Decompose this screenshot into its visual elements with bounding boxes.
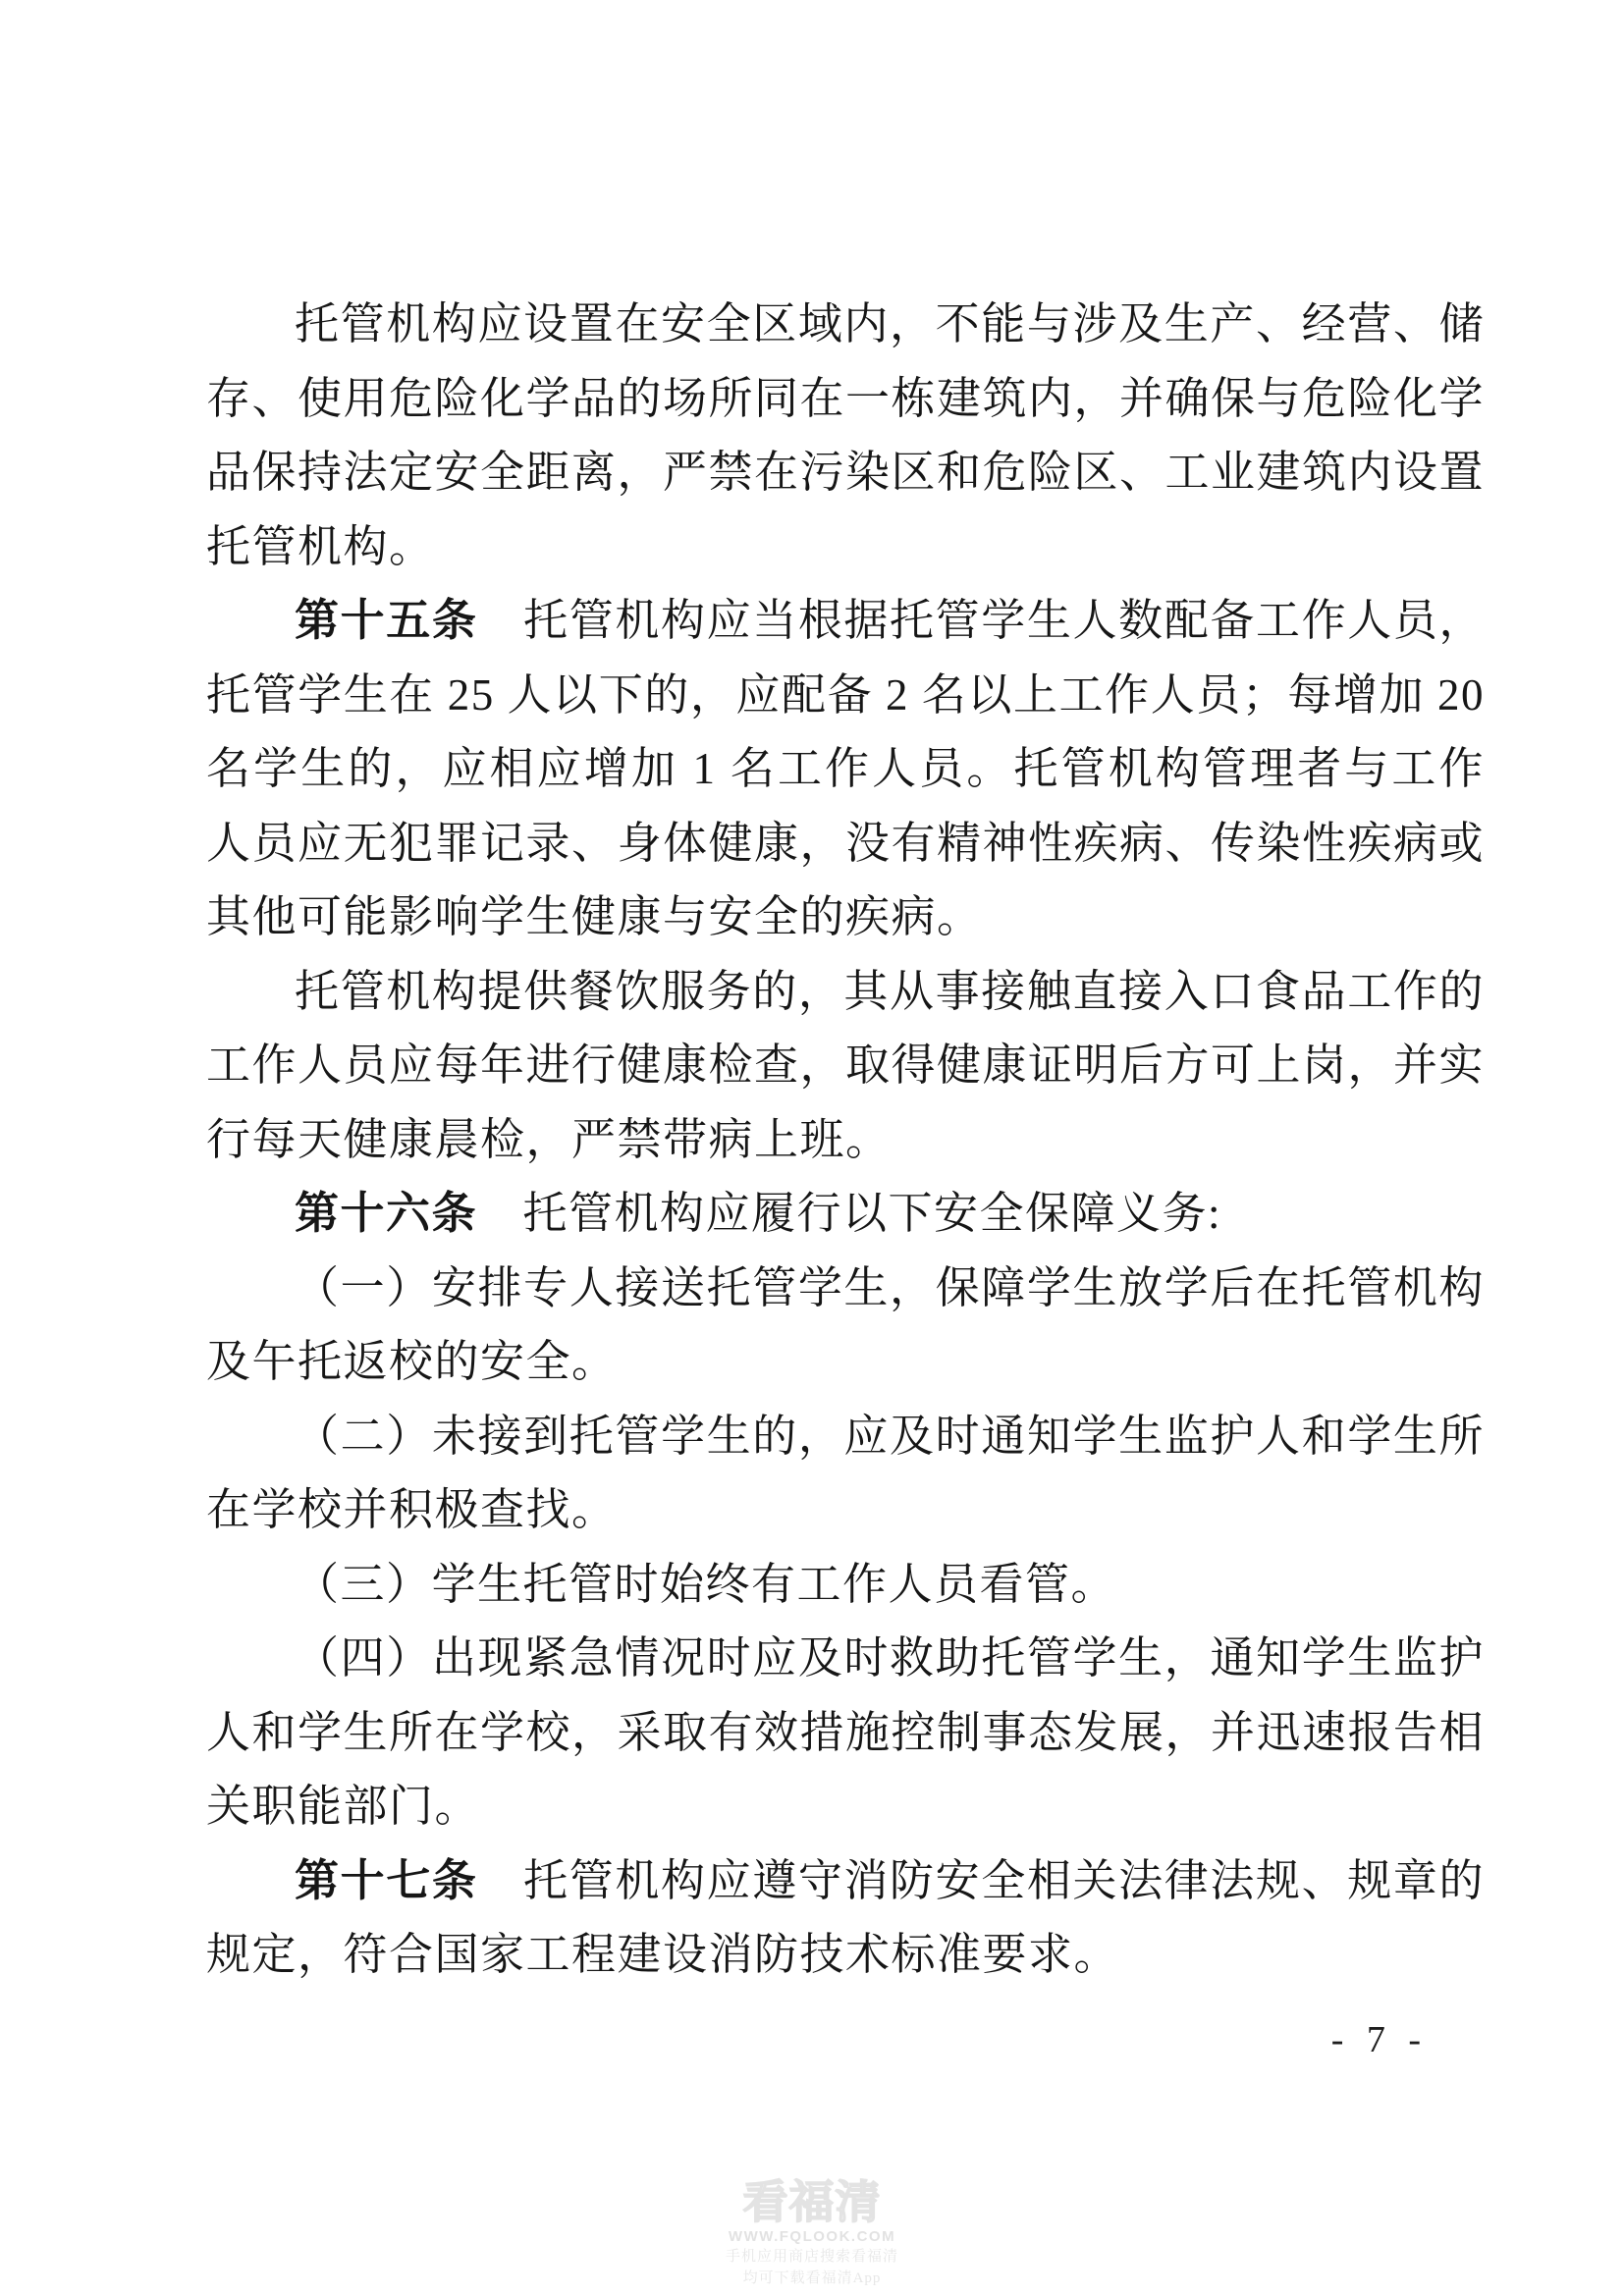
paragraph: 第十七条 托管机构应遵守消防安全相关法律法规、规章的规定，符合国家工程建设消防技… (206, 1844, 1485, 1993)
article-number: 第十六条 (295, 1189, 477, 1238)
article-number: 第十五条 (295, 596, 477, 645)
page-number: - 7 - (1331, 2018, 1428, 2061)
watermark-note-line1: 手机应用商店搜索看福清 (0, 2249, 1624, 2266)
watermark-note-line2: 均可下载看福清App (0, 2270, 1624, 2287)
paragraph: （三）学生托管时始终有工作人员看管。 (206, 1548, 1485, 1623)
document-body: 托管机构应设置在安全区域内，不能与涉及生产、经营、储存、使用危险化学品的场所同在… (206, 288, 1485, 1993)
watermark-url: WWW.FQLOOK.COM (0, 2229, 1624, 2244)
watermark: 看福清 WWW.FQLOOK.COM 手机应用商店搜索看福清 均可下载看福清Ap… (0, 2179, 1624, 2287)
paragraph: （二）未接到托管学生的，应及时通知学生监护人和学生所在学校并积极查找。 (206, 1400, 1485, 1548)
paragraph: 托管机构提供餐饮服务的，其从事接触直接入口食品工作的工作人员应每年进行健康检查，… (206, 955, 1485, 1178)
paragraph: （一）安排专人接送托管学生，保障学生放学后在托管机构及午托返校的安全。 (206, 1252, 1485, 1400)
paragraph: 第十五条 托管机构应当根据托管学生人数配备工作人员，托管学生在 25 人以下的，… (206, 584, 1485, 955)
article-number: 第十七条 (295, 1856, 477, 1905)
paragraph: （四）出现紧急情况时应及时救助托管学生，通知学生监护人和学生所在学校，采取有效措… (206, 1622, 1485, 1844)
paragraph: 托管机构应设置在安全区域内，不能与涉及生产、经营、储存、使用危险化学品的场所同在… (206, 288, 1485, 584)
paragraph: 第十六条 托管机构应履行以下安全保障义务: (206, 1177, 1485, 1252)
document-page: 托管机构应设置在安全区域内，不能与涉及生产、经营、储存、使用危险化学品的场所同在… (0, 0, 1624, 2296)
watermark-logo-text: 看福清 (0, 2179, 1624, 2226)
